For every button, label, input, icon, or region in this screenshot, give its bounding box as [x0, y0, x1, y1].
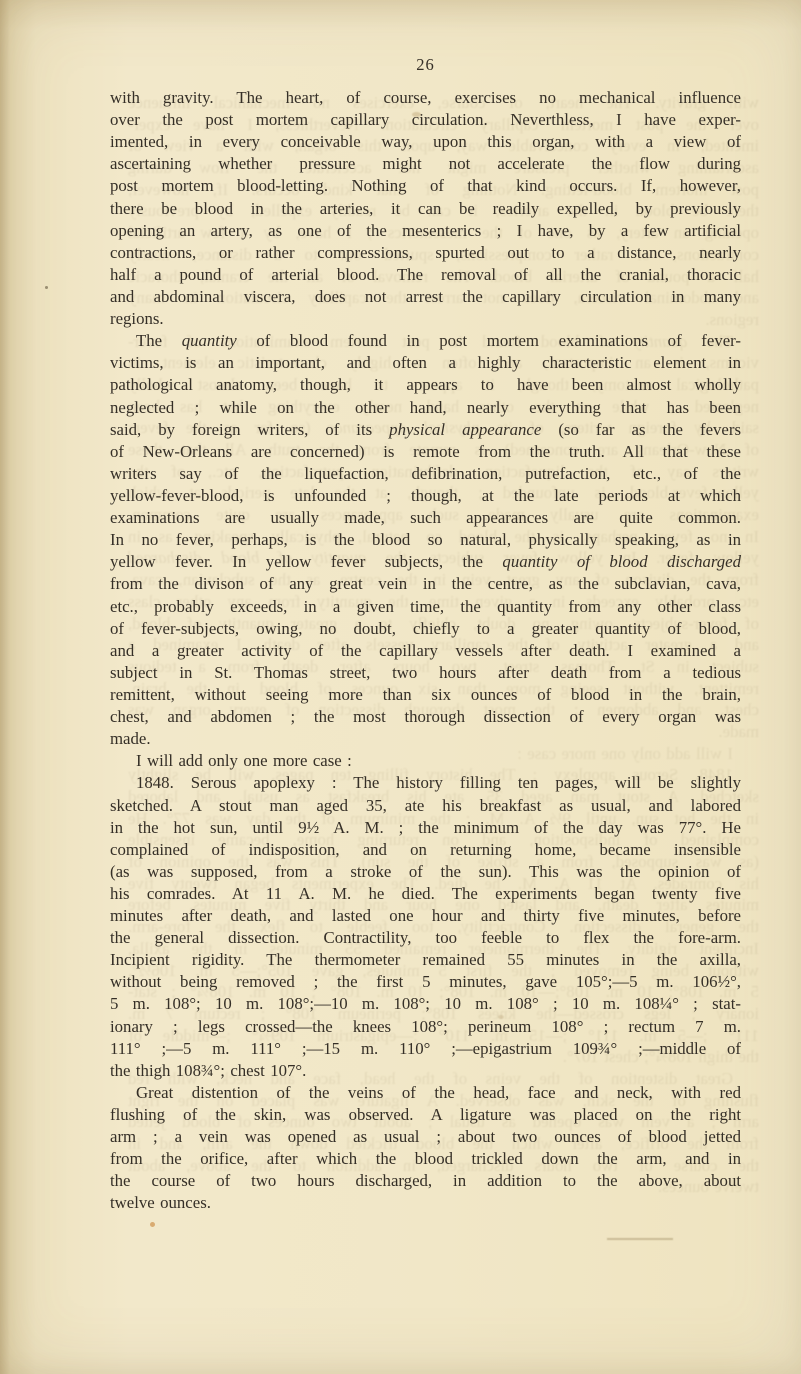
text-line: minutes after death, and lasted one hour…: [110, 905, 741, 927]
bleed-through-rule: [607, 1238, 673, 1240]
text-line: half a pound of arterial blood. The remo…: [110, 264, 741, 286]
text-line: sketched. A stout man aged 35, ate his b…: [110, 795, 741, 817]
text-line: complained of indisposition, and on retu…: [110, 839, 741, 861]
text-line: the thigh 108¾°; chest 107°.: [110, 1060, 741, 1082]
text-line: his comrades. At 11 A. M. he died. The e…: [110, 883, 741, 905]
text-line: arm ; a vein was opened as usual ; about…: [110, 1126, 741, 1148]
text-line: (as was supposed, from a stroke of the s…: [110, 861, 741, 883]
text-line: I will add only one more case :: [110, 750, 741, 772]
paper-speck: [150, 1222, 155, 1227]
text-line: in the hot sun, until 9½ A. M. ; the min…: [110, 817, 741, 839]
text-line: from the divison of any great vein in th…: [110, 573, 741, 595]
text-line: over the post mortem capillary circulati…: [110, 109, 741, 131]
text-line: imented, in every conceivable way, upon …: [110, 131, 741, 153]
text-line: ascertaining whether pressure might not …: [110, 153, 741, 175]
text-line: the general dissection. Contractility, t…: [110, 927, 741, 949]
text-line: chest, and abdomen ; the most thorough d…: [110, 706, 741, 728]
text-line: examinations are usually made, such appe…: [110, 507, 741, 529]
text-line: etc., probably exceeds, in a given time,…: [110, 596, 741, 618]
text-line: of fever-subjects, owing, no doubt, chie…: [110, 618, 741, 640]
text-line: of New-Orleans are concerned) is remote …: [110, 441, 741, 463]
text-line: contractions, or rather compressions, sp…: [110, 242, 741, 264]
text-line: yellow fever. In yellow fever subjects, …: [110, 551, 741, 573]
text-line: yellow-fever-blood, is unfounded ; thoug…: [110, 485, 741, 507]
paper-speck: [498, 1015, 504, 1019]
scanned-page: with gravity. The heart, of course, exer…: [0, 0, 801, 1374]
text-line: regions.: [110, 308, 741, 330]
text-line: 111° ;—5 m. 111° ;—15 m. 110° ;—epigastr…: [110, 1038, 741, 1060]
text-line: subject in St. Thomas street, two hours …: [110, 662, 741, 684]
text-line: In no fever, perhaps, is the blood so na…: [110, 529, 741, 551]
text-line: victims, is an important, and often a hi…: [110, 352, 741, 374]
text-line: 5 m. 108°; 10 m. 108°;—10 m. 108°; 10 m.…: [110, 993, 741, 1015]
text-line: ionary ; legs crossed—the knees 108°; pe…: [110, 1016, 741, 1038]
text-line: and a greater activity of the capillary …: [110, 640, 741, 662]
text-line: pathological anatomy, though, it appears…: [110, 374, 741, 396]
text-line: post mortem blood-letting. Nothing of th…: [110, 175, 741, 197]
text-line: opening an artery, as one of the mesente…: [110, 220, 741, 242]
text-line: neglected ; while on the other hand, nea…: [110, 397, 741, 419]
text-line: writers say of the liquefaction, defibri…: [110, 463, 741, 485]
text-line: and abdominal viscera, does not arrest t…: [110, 286, 741, 308]
page-text: with gravity. The heart, of course, exer…: [110, 87, 741, 1215]
text-line: said, by foreign writers, of its physica…: [110, 419, 741, 441]
paper-speck: [412, 112, 421, 117]
text-line: remittent, without seeing more than six …: [110, 684, 741, 706]
text-line: Great distention of the veins of the hea…: [110, 1082, 741, 1104]
text-line: 1848. Serous apoplexy : The history fill…: [110, 772, 741, 794]
page-number: 26: [110, 55, 741, 75]
text-line: twelve ounces.: [110, 1192, 741, 1214]
text-line: from the orifice, after which the blood …: [110, 1148, 741, 1170]
text-line: The quantity of blood found in post mort…: [110, 330, 741, 352]
text-line: made.: [110, 728, 741, 750]
text-line: Incipient rigidity. The thermometer rema…: [110, 949, 741, 971]
text-line: the course of two hours discharged, in a…: [110, 1170, 741, 1192]
text-line: without being removed ; the first 5 minu…: [110, 971, 741, 993]
text-line: flushing of the skin, was observed. A li…: [110, 1104, 741, 1126]
text-line: there be blood in the arteries, it can b…: [110, 198, 741, 220]
text-line: with gravity. The heart, of course, exer…: [110, 87, 741, 109]
paper-speck: [45, 286, 48, 289]
